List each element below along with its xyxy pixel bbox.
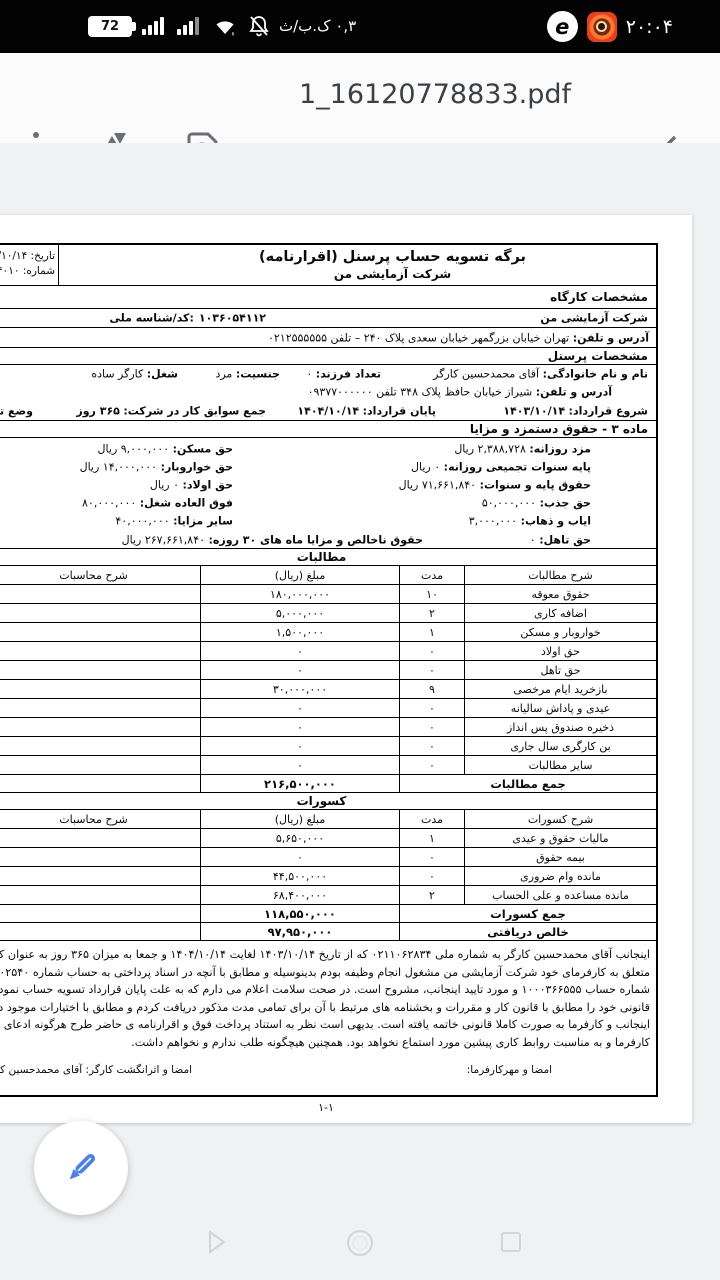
status-left-cluster: 72 ₆ ۰,۳ ک.ب/ث xyxy=(88,15,356,37)
app-notification-icon xyxy=(587,12,617,42)
deductions-header-row: شرح کسورات مدت مبلغ (ریال) شرح محاسبات xyxy=(0,809,656,828)
nav-home-button[interactable] xyxy=(344,1227,376,1259)
declaration-paragraph: اینجانب آقای محمدحسین کارگر به شماره ملی… xyxy=(0,940,656,1050)
worker-signature-label: امضا و اثرانگشت کارگر: آقای محمدحسین کار… xyxy=(0,1064,192,1076)
deductions-cell-desc: مانده مساعده و علی الحساب xyxy=(464,886,656,904)
children-label: تعداد فرزند: xyxy=(316,368,381,381)
claims-cell-dur: ۲ xyxy=(399,604,464,622)
claims-cell-amt: ۰ xyxy=(200,661,399,679)
table-row: حق تاهل۰۰ xyxy=(0,660,656,679)
messenger-notification-icon: e xyxy=(547,11,578,42)
notifications-muted-icon xyxy=(248,15,270,37)
claims-cell-dur: ۹ xyxy=(399,680,464,698)
claims-cell-amt: ۱,۵۰۰,۰۰۰ xyxy=(200,623,399,641)
deductions-cell-dur: ۰ xyxy=(399,848,464,866)
claims-total-label: جمع مطالبات xyxy=(399,775,656,792)
claims-cell-dur: ۰ xyxy=(399,756,464,774)
deductions-cell-amt: ۵,۶۵۰,۰۰۰ xyxy=(200,829,399,847)
name-label: نام و نام خانوادگی: xyxy=(543,368,648,381)
claims-cell-desc: سایر مطالبات xyxy=(464,756,656,774)
pdf-page: برگه تسویه حساب پرسنل (اقرارنامه) شرکت آ… xyxy=(0,215,692,1123)
workshop-address-label: آدرس و تلفن: xyxy=(573,331,649,344)
claims-cell-calc xyxy=(0,718,200,736)
wifi-icon: ₆ xyxy=(211,15,239,37)
net-pay-value: ۹۷,۹۵۰,۰۰۰ xyxy=(200,923,399,940)
claims-cell-amt: ۰ xyxy=(200,737,399,755)
table-row: ذخیره صندوق پس انداز۰۰ xyxy=(0,717,656,736)
table-row: مانده وام ضروری۰۴۴,۵۰۰,۰۰۰ xyxy=(0,866,656,885)
personnel-address-label: آدرس و تلفن: xyxy=(536,386,612,399)
deductions-header-calc: شرح محاسبات xyxy=(0,810,200,828)
signature-row: امضا و مهرکارفرما: امضا و اثرانگشت کارگر… xyxy=(0,1050,656,1095)
claims-header-duration: مدت xyxy=(399,566,464,584)
declaration-line: شماره حساب ۱۰۰۰۳۶۶۵۵۵ و مورد تایید اینجا… xyxy=(0,981,656,999)
network-speed-text: ۰,۳ ک.ب/ث xyxy=(279,17,356,35)
tenure-label: جمع سوابق کار در شرکت: xyxy=(123,404,266,417)
form-company: شرکت آزمایشی من xyxy=(334,267,451,281)
workshop-address-row: آدرس و تلفن: تهران خیابان بزرگمهر خیابان… xyxy=(0,327,656,347)
claims-cell-calc xyxy=(0,585,200,603)
contract-end: ۱۴۰۴/۱۰/۱۴ xyxy=(297,404,359,417)
declaration-line: اینجانب و کارفرما به صورت کاملا قانونی خ… xyxy=(0,1016,656,1034)
claims-cell-calc xyxy=(0,623,200,641)
personnel-address: شیراز خیابان حافظ پلاک ۳۴۸ تلفن ۰۹۳۷۷۰۰۰… xyxy=(308,386,533,399)
table-row: عیدی و پاداش سالیانه۰۰ xyxy=(0,698,656,717)
claims-header-row: شرح مطالبات مدت مبلغ (ریال) شرح محاسبات xyxy=(0,565,656,584)
declaration-line: اینجانب آقای محمدحسین کارگر به شماره ملی… xyxy=(0,946,656,964)
claims-cell-desc: خواروبار و مسکن xyxy=(464,623,656,641)
phone-screen: 72 ₆ ۰,۳ ک.ب/ث e ۲۰:۰۴ xyxy=(0,0,720,1280)
claims-title: مطالبات xyxy=(0,548,656,565)
claims-cell-dur: ۰ xyxy=(399,718,464,736)
wage-line: حق تاهل: ۰حقوق ناخالص و مزایا ماه های ۳۰… xyxy=(0,530,656,548)
claims-cell-desc: عیدی و پاداش سالیانه xyxy=(464,699,656,717)
claims-cell-dur: ۰ xyxy=(399,737,464,755)
contract-row: شروع قرارداد: ۱۴۰۳/۱۰/۱۴ پایان قرارداد: … xyxy=(0,401,656,420)
deductions-cell-calc xyxy=(0,829,200,847)
contract-start-label: شروع قرارداد: xyxy=(569,404,648,417)
contract-end-label: پایان قرارداد: xyxy=(363,404,436,417)
claims-cell-dur: ۰ xyxy=(399,642,464,660)
deductions-cell-dur: ۰ xyxy=(399,867,464,885)
tenure-value: ۳۶۵ روز xyxy=(76,404,120,417)
deductions-cell-amt: ۴۴,۵۰۰,۰۰۰ xyxy=(200,867,399,885)
deductions-total-row: جمع کسورات ۱۱۸,۵۵۰,۰۰۰ xyxy=(0,904,656,922)
claims-header-calc: شرح محاسبات xyxy=(0,566,200,584)
claims-cell-amt: ۰ xyxy=(200,756,399,774)
claims-header-desc: شرح مطالبات xyxy=(464,566,656,584)
claims-cell-calc xyxy=(0,756,200,774)
claims-cell-calc xyxy=(0,699,200,717)
deductions-cell-dur: ۲ xyxy=(399,886,464,904)
deductions-rows: مالیات حقوق و عیدی۱۵,۶۵۰,۰۰۰بیمه حقوق۰۰م… xyxy=(0,828,656,904)
claims-header-amount: مبلغ (ریال) xyxy=(200,566,399,584)
nav-back-button[interactable] xyxy=(203,1229,229,1255)
wage-line: حق جذب: ۵۰,۰۰۰,۰۰۰فوق العاده شغل: ۸۰,۰۰۰… xyxy=(0,494,656,512)
claims-cell-desc: اضافه کاری xyxy=(464,604,656,622)
deductions-cell-amt: ۰ xyxy=(200,848,399,866)
claims-cell-calc xyxy=(0,642,200,660)
deductions-cell-desc: مانده وام ضروری xyxy=(464,867,656,885)
deductions-title: کسورات xyxy=(0,792,656,809)
svg-text:₆: ₆ xyxy=(232,30,235,38)
workshop-address: تهران خیابان بزرگمهر خیابان سعدی پلاک ۲۴… xyxy=(268,331,569,344)
claims-total-row: جمع مطالبات ۲۱۶,۵۰۰,۰۰۰ xyxy=(0,774,656,792)
declaration-line: قانونی خود را مطابق با قانون کار و مقررا… xyxy=(0,999,656,1017)
name-value: آقای محمدحسین کارگر xyxy=(433,368,539,381)
table-row: سایر مطالبات۰۰ xyxy=(0,755,656,774)
gender-label: جنسیت: xyxy=(236,368,280,381)
signal-icon-sim1 xyxy=(141,16,167,36)
settlement-form: برگه تسویه حساب پرسنل (اقرارنامه) شرکت آ… xyxy=(0,243,658,1097)
personnel-name-row: نام و نام خانوادگی: آقای محمدحسین کارگر … xyxy=(0,364,656,383)
personnel-address-row: آدرس و تلفن: شیراز خیابان حافظ پلاک ۳۴۸ … xyxy=(0,383,656,401)
pencil-icon xyxy=(59,1146,103,1190)
signal-icon-sim2 xyxy=(176,16,202,36)
declaration-line: متعلق به کارفرمای خود شرکت آزمایشی من مش… xyxy=(0,964,656,982)
deductions-total-value: ۱۱۸,۵۵۰,۰۰۰ xyxy=(200,905,399,922)
table-row: حقوق معوقه۱۰۱۸۰,۰۰۰,۰۰۰ xyxy=(0,584,656,603)
employer-signature-label: امضا و مهرکارفرما: xyxy=(467,1064,552,1076)
claims-cell-dur: ۱ xyxy=(399,623,464,641)
national-id-value: ۱۰۳۶۰۵۴۱۱۲ xyxy=(199,312,266,325)
table-row: بن کارگری سال جاری۰۰ xyxy=(0,736,656,755)
wage-line: حقوق پایه و سنوات: ۷۱,۶۶۱,۸۴۰ ریالحق اول… xyxy=(0,476,656,494)
deductions-cell-calc xyxy=(0,886,200,904)
workshop-company-row: شرکت آزمایشی من کد/شناسه ملی: ۱۰۳۶۰۵۴۱۱۲ xyxy=(0,308,656,327)
claims-cell-desc: بن کارگری سال جاری xyxy=(464,737,656,755)
status-right-cluster: e ۲۰:۰۴ xyxy=(547,11,673,42)
personnel-section-title: مشخصات پرسنل xyxy=(0,347,656,364)
declaration-line: کارفرما و به مناسبت روابط کاری پیشین مور… xyxy=(0,1034,656,1052)
wage-lines: مزد روزانه: ۲,۳۸۸,۷۲۸ ریالحق مسکن: ۹,۰۰۰… xyxy=(0,437,656,548)
claims-cell-calc xyxy=(0,737,200,755)
job-label: شغل: xyxy=(147,368,178,381)
battery-icon: 72 xyxy=(88,16,132,37)
claims-cell-calc xyxy=(0,661,200,679)
claims-total-value: ۲۱۶,۵۰۰,۰۰۰ xyxy=(200,775,399,792)
page-number: ۱-۱ xyxy=(0,1101,692,1114)
claims-cell-amt: ۵,۰۰۰,۰۰۰ xyxy=(200,604,399,622)
claims-cell-dur: ۰ xyxy=(399,699,464,717)
workshop-company: شرکت آزمایشی من xyxy=(540,312,648,325)
net-pay-label: خالص دریافتی xyxy=(399,923,656,940)
table-row: مالیات حقوق و عیدی۱۵,۶۵۰,۰۰۰ xyxy=(0,828,656,847)
claims-cell-dur: ۱۰ xyxy=(399,585,464,603)
deductions-cell-amt: ۶۸,۴۰۰,۰۰۰ xyxy=(200,886,399,904)
claims-cell-desc: ذخیره صندوق پس انداز xyxy=(464,718,656,736)
table-row: بازخرید ایام مرخصی۹۳۰,۰۰۰,۰۰۰ xyxy=(0,679,656,698)
status-time: ۲۰:۰۴ xyxy=(626,16,673,38)
claims-cell-amt: ۰ xyxy=(200,718,399,736)
claims-cell-amt: ۳۰,۰۰۰,۰۰۰ xyxy=(200,680,399,698)
claims-cell-amt: ۱۸۰,۰۰۰,۰۰۰ xyxy=(200,585,399,603)
table-row: حق اولاد۰۰ xyxy=(0,641,656,660)
deductions-header-amount: مبلغ (ریال) xyxy=(200,810,399,828)
table-row: خواروبار و مسکن۱۱,۵۰۰,۰۰۰ xyxy=(0,622,656,641)
form-meta: تاریخ: ۱۴۰۳/۱۰/۱۴ شماره: ۱۴۰۱۰ xyxy=(0,245,59,285)
children-value: ۰ xyxy=(306,368,312,381)
claims-cell-desc: حق تاهل xyxy=(464,661,656,679)
edit-fab[interactable] xyxy=(34,1121,128,1215)
pdf-toolbar: 1_16120778833.pdf xyxy=(0,53,720,144)
nav-recents-button[interactable] xyxy=(499,1230,523,1254)
wages-section-title: ماده ۳ - حقوق دستمزد و مزایا xyxy=(0,420,656,437)
claims-cell-desc: حق اولاد xyxy=(464,642,656,660)
pdf-canvas[interactable]: برگه تسویه حساب پرسنل (اقرارنامه) شرکت آ… xyxy=(0,143,720,1280)
form-date: تاریخ: ۱۴۰۳/۱۰/۱۴ xyxy=(0,249,55,264)
status-bar: 72 ₆ ۰,۳ ک.ب/ث e ۲۰:۰۴ xyxy=(0,0,720,53)
gender-value: مرد xyxy=(215,368,232,381)
wage-line: پایه سنوات تجمیعی روزانه: ۰ ریالحق خوارو… xyxy=(0,458,656,476)
table-row: بیمه حقوق۰۰ xyxy=(0,847,656,866)
wage-line: ایاب و ذهاب: ۳,۰۰۰,۰۰۰سایر مزایا: ۴۰,۰۰۰… xyxy=(0,512,656,530)
marital-label: وضع تاهل: xyxy=(0,404,33,417)
claims-cell-dur: ۰ xyxy=(399,661,464,679)
national-id-label: کد/شناسه ملی: xyxy=(109,312,193,325)
deductions-cell-dur: ۱ xyxy=(399,829,464,847)
deductions-cell-calc xyxy=(0,848,200,866)
deductions-header-desc: شرح کسورات xyxy=(464,810,656,828)
document-title: 1_16120778833.pdf xyxy=(299,79,571,110)
deductions-total-label: جمع کسورات xyxy=(399,905,656,922)
form-header: برگه تسویه حساب پرسنل (اقرارنامه) شرکت آ… xyxy=(0,245,656,285)
deductions-cell-calc xyxy=(0,867,200,885)
claims-cell-desc: حقوق معوقه xyxy=(464,585,656,603)
deductions-header-duration: مدت xyxy=(399,810,464,828)
table-row: مانده مساعده و علی الحساب۲۶۸,۴۰۰,۰۰۰ xyxy=(0,885,656,904)
claims-cell-calc xyxy=(0,604,200,622)
claims-rows: حقوق معوقه۱۰۱۸۰,۰۰۰,۰۰۰اضافه کاری۲۵,۰۰۰,… xyxy=(0,584,656,774)
form-title: برگه تسویه حساب پرسنل (اقرارنامه) xyxy=(259,249,526,265)
claims-cell-calc xyxy=(0,680,200,698)
net-pay-row: خالص دریافتی ۹۷,۹۵۰,۰۰۰ xyxy=(0,922,656,940)
contract-start: ۱۴۰۳/۱۰/۱۴ xyxy=(503,404,565,417)
claims-cell-amt: ۰ xyxy=(200,699,399,717)
job-value: کارگر ساده xyxy=(91,368,143,381)
claims-cell-desc: بازخرید ایام مرخصی xyxy=(464,680,656,698)
claims-cell-amt: ۰ xyxy=(200,642,399,660)
table-row: اضافه کاری۲۵,۰۰۰,۰۰۰ xyxy=(0,603,656,622)
wage-line: مزد روزانه: ۲,۳۸۸,۷۲۸ ریالحق مسکن: ۹,۰۰۰… xyxy=(0,440,656,458)
deductions-cell-desc: بیمه حقوق xyxy=(464,848,656,866)
deductions-cell-desc: مالیات حقوق و عیدی xyxy=(464,829,656,847)
workshop-section-title: مشخصات کارگاه xyxy=(0,285,656,308)
form-number: شماره: ۱۴۰۱۰ xyxy=(0,264,55,279)
